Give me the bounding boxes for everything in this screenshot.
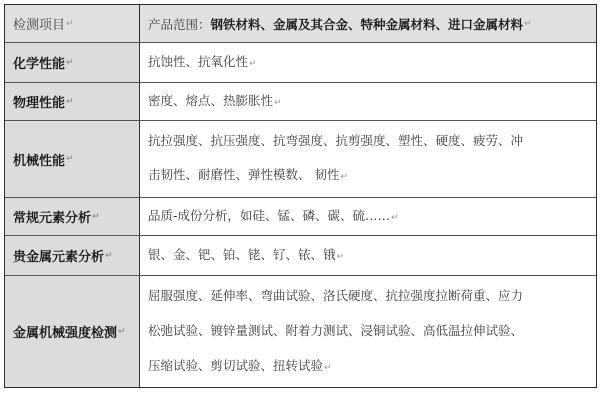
items-text: 品质-成份分析，如硅、锰、磷、碳、硫…… xyxy=(148,208,390,223)
table-row: 贵金属元素分析↵ 银、金、钯、铂、铑、钌、铱、锇↵ xyxy=(5,236,596,276)
row-category: 贵金属元素分析↵ xyxy=(5,236,140,275)
paragraph-mark-icon: ↵ xyxy=(524,19,532,29)
paragraph-mark-icon: ↵ xyxy=(66,154,74,164)
row-items: 密度、熔点、热膨胀性↵ xyxy=(140,83,596,120)
header-test-item: 检测项目↵ xyxy=(5,5,140,42)
row-category: 金属机械强度检测↵ xyxy=(5,276,140,387)
paragraph-mark-icon: ↵ xyxy=(391,213,399,223)
table-row: 机械性能↵ 抗拉强度、抗压强度、抗弯强度、抗剪强度、塑性、硬度、疲劳、冲 击韧性… xyxy=(5,121,596,198)
product-scope-label: 产品范围： xyxy=(148,15,211,33)
category-label: 物理性能 xyxy=(13,92,65,111)
category-label: 常规元素分析 xyxy=(13,207,91,226)
items-text: 击韧性、耐磨性、弹性模数、 韧性 xyxy=(148,167,339,182)
paragraph-mark-icon: ↵ xyxy=(324,363,332,373)
header-product-scope: 产品范围： 钢铁材料、金属及其合金、特种金属材料、进口金属材料↵ xyxy=(140,5,596,42)
paragraph-mark-icon: ↵ xyxy=(66,19,74,29)
table-row: 物理性能↵ 密度、熔点、热膨胀性↵ xyxy=(5,83,596,121)
row-items: 抗蚀性、抗氧化性↵ xyxy=(140,43,596,82)
paragraph-mark-icon: ↵ xyxy=(249,59,257,69)
row-items: 抗拉强度、抗压强度、抗弯强度、抗剪强度、塑性、硬度、疲劳、冲 击韧性、耐磨性、弹… xyxy=(140,121,596,197)
items-text: 屈服强度、延伸率、弯曲试验、洛氏硬度、抗拉强度拉断荷重、应力 xyxy=(148,288,523,303)
items-text: 抗拉强度、抗压强度、抗弯强度、抗剪强度、塑性、硬度、疲劳、冲 xyxy=(148,133,523,148)
category-label: 贵金属元素分析 xyxy=(13,246,104,265)
category-label: 化学性能 xyxy=(13,53,65,72)
table-row: 化学性能↵ 抗蚀性、抗氧化性↵ xyxy=(5,43,596,83)
paragraph-mark-icon: ↵ xyxy=(118,327,126,337)
paragraph-mark-icon: ↵ xyxy=(337,252,345,262)
product-scope-values: 钢铁材料、金属及其合金、特种金属材料、进口金属材料 xyxy=(211,15,524,33)
row-items: 品质-成份分析，如硅、锰、磷、碳、硫……↵ xyxy=(140,198,596,235)
items-text: 银、金、钯、铂、铑、钌、铱、锇 xyxy=(148,247,336,262)
paragraph-mark-icon: ↵ xyxy=(66,58,74,68)
table-header-row: 检测项目↵ 产品范围： 钢铁材料、金属及其合金、特种金属材料、进口金属材料↵ xyxy=(5,5,596,43)
row-category: 化学性能↵ xyxy=(5,43,140,82)
table-row: 常规元素分析↵ 品质-成份分析，如硅、锰、磷、碳、硫……↵ xyxy=(5,198,596,236)
paragraph-mark-icon: ↵ xyxy=(105,251,113,261)
paragraph-mark-icon: ↵ xyxy=(340,172,348,182)
row-items: 银、金、钯、铂、铑、钌、铱、锇↵ xyxy=(140,236,596,275)
paragraph-mark-icon: ↵ xyxy=(66,97,74,107)
row-items: 屈服强度、延伸率、弯曲试验、洛氏硬度、抗拉强度拉断荷重、应力 松弛试验、镀锌量测… xyxy=(140,276,596,387)
category-label: 机械性能 xyxy=(13,150,65,169)
row-category: 常规元素分析↵ xyxy=(5,198,140,235)
category-label: 金属机械强度检测 xyxy=(13,322,117,341)
paragraph-mark-icon: ↵ xyxy=(274,98,282,108)
row-category: 物理性能↵ xyxy=(5,83,140,120)
items-text: 密度、熔点、热膨胀性 xyxy=(148,93,273,108)
row-category: 机械性能↵ xyxy=(5,121,140,197)
test-items-table: 检测项目↵ 产品范围： 钢铁材料、金属及其合金、特种金属材料、进口金属材料↵ 化… xyxy=(4,4,597,388)
items-text: 抗蚀性、抗氧化性 xyxy=(148,54,248,69)
header-test-item-label: 检测项目 xyxy=(13,14,65,33)
items-text: 压缩试验、剪切试验、扭转试验 xyxy=(148,358,323,373)
table-row: 金属机械强度检测↵ 屈服强度、延伸率、弯曲试验、洛氏硬度、抗拉强度拉断荷重、应力… xyxy=(5,276,596,387)
items-text: 松弛试验、镀锌量测试、附着力测试、浸铜试验、高低温拉伸试验、 xyxy=(148,323,523,338)
paragraph-mark-icon: ↵ xyxy=(92,212,100,222)
